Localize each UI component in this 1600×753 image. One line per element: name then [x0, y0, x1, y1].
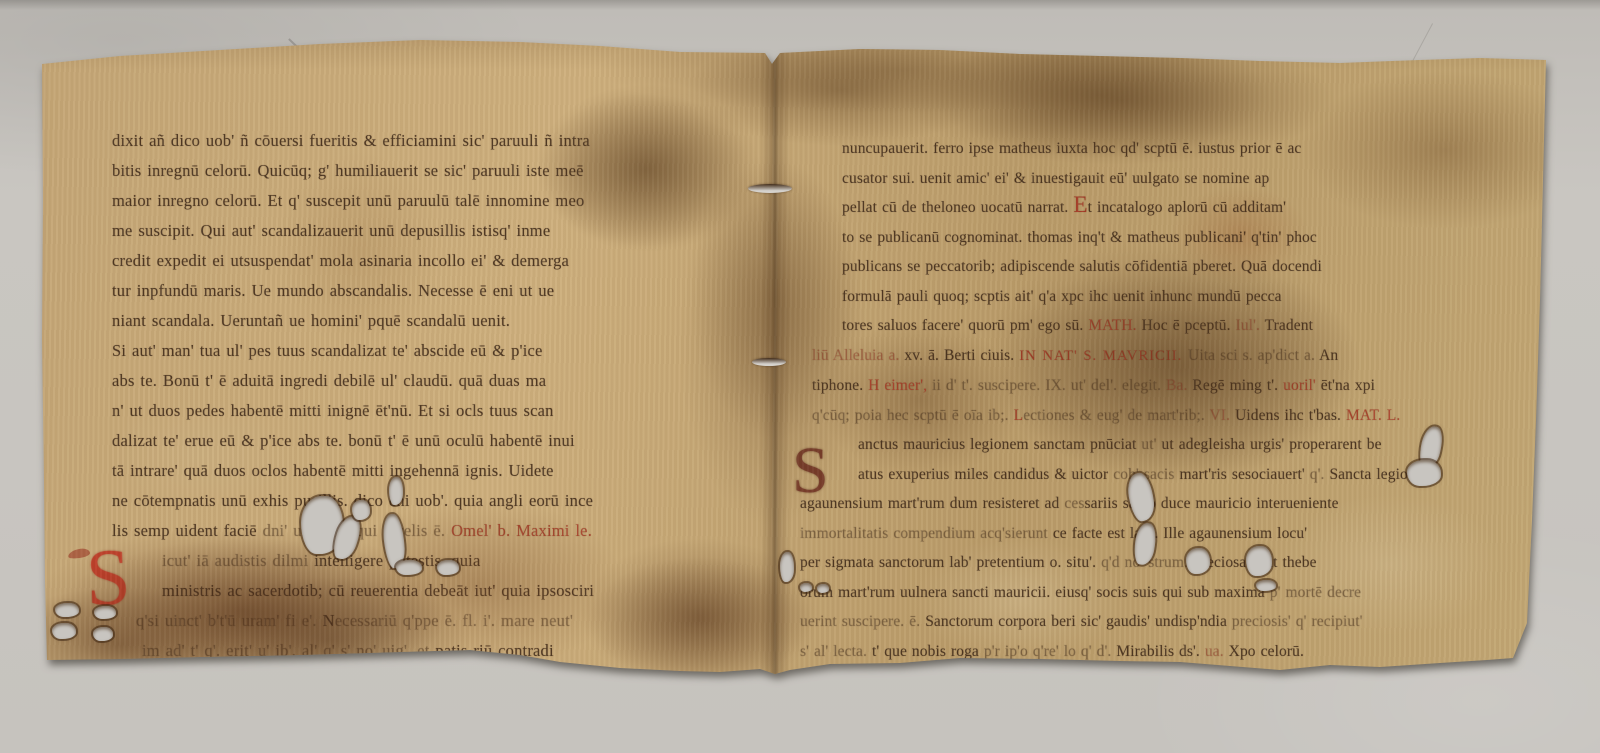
text-segment: icut' iā audistis dilmi [162, 551, 314, 570]
text-segment: Iul'. [1236, 317, 1265, 334]
text-line: s' al' lecta. t' que nobis roga p'r ip'o… [800, 637, 1538, 667]
text-segment: Uidens ihc t'bas. [1235, 407, 1346, 424]
text-segment: credit expedit ei utsuspendat' mola asin… [112, 251, 569, 270]
text-segment: agaunensium mart'rum dum resisteret ad [800, 495, 1064, 512]
text-line: lis semp uident faciē dni' uri' mei' qui… [112, 516, 730, 546]
text-segment: Sancta legio [1329, 466, 1407, 483]
text-line: q'si uinct' b't'ū uram' fi e'. Necessari… [136, 606, 730, 636]
parchment-hole [800, 583, 812, 592]
text-segment: IN NAT' S. MAVRICII. [1019, 348, 1188, 364]
text-segment: An [1319, 347, 1338, 364]
text-segment: maior inregno celorū. Et q' suscepit unū… [112, 191, 584, 210]
text-line: cusator sui. uenit amic' ei' & inuestiga… [842, 164, 1538, 194]
text-line: me suscipit. Qui aut' scandalizauerit un… [112, 216, 730, 246]
text-segment: tores saluos facere' quorū pm' ego sū. [842, 317, 1088, 334]
text-segment: preciosis' q' recipiut' [1232, 613, 1363, 630]
parchment-hole [1407, 460, 1441, 486]
text-segment: uerint suscipere. ē. [800, 613, 925, 630]
text-line: publicans se peccatorib; adipiscende sal… [842, 252, 1538, 282]
text-line: q'cūq; poia hec scptū ē oīa ib;. Lection… [812, 401, 1538, 431]
text-segment: p' mortē decre [1270, 584, 1361, 601]
text-line: ne cōtempnatis unū exhis pusillis. dico … [112, 486, 730, 516]
text-segment: Ba. [1166, 377, 1192, 394]
text-segment: p'r ip'o q're' lo q' d'. [984, 643, 1116, 660]
text-line: orum mart'rum uulnera sancti mauricii. e… [800, 578, 1538, 608]
text-line: n' ut duos pedes habentē mitti inignē ēt… [112, 396, 730, 426]
sewing-hole [94, 606, 116, 619]
text-segment: tā intrare' quā duos oclos habentē mitti… [112, 461, 554, 480]
text-segment: tur inpfundū maris. Ue mundo abscandalis… [112, 281, 554, 300]
text-segment: H eimer', [868, 377, 932, 394]
sewing-hole [93, 627, 113, 641]
parchment-hole [389, 477, 403, 505]
text-segment: N [323, 611, 335, 630]
parchment-hole [352, 500, 370, 520]
text-line: agaunensium mart'rum dum resisteret ad c… [800, 489, 1538, 519]
text-line: abs te. Bonū t' ē aduitā ingredi debilē … [112, 366, 730, 396]
text-segment: abs te. Bonū t' ē aduitā ingredi debilē … [112, 371, 546, 390]
text-segment: Mirabilis ds'. [1116, 643, 1205, 660]
text-segment: Tradent [1265, 317, 1313, 334]
text-segment: n' ut duos pedes habentē mitti inignē ēt… [112, 401, 554, 420]
text-segment: pellat cū de theloneo uocatū narrat. [842, 199, 1073, 216]
text-line: Si aut' man' tua ul' pes tuus scandaliza… [112, 336, 730, 366]
text-segment: sariis sacro duce mauricio interueniente [1084, 495, 1338, 512]
text-segment: t' que nobis roga [872, 643, 984, 660]
text-segment: me suscipit. Qui aut' scandalizauerit un… [112, 221, 550, 240]
text-segment: xv. ā. Berti ciuis. [904, 347, 1019, 364]
text-segment: ii d' t'. suscipere. IX. ut' del'. elegi… [932, 377, 1166, 394]
text-segment: mart'ris sesociauert' [1179, 466, 1309, 483]
text-segment: dalizat te' erue eū & p'ice abs te. bonū… [112, 431, 575, 450]
parchment-hole [780, 552, 794, 582]
text-segment: ministris ac sacerdotib; cū reuerentia d… [162, 581, 594, 600]
text-segment: liū Alleluia a. [812, 347, 904, 364]
text-line: tur inpfundū maris. Ue mundo abscandalis… [112, 276, 730, 306]
text-line: immortalitatis compendium acq'sierunt ce… [800, 519, 1538, 549]
sewing-hole [55, 603, 79, 617]
sewing-hole [52, 623, 76, 639]
text-line: tores saluos facere' quorū pm' ego sū. M… [842, 311, 1538, 341]
text-segment: Omel' b. Maximi le. [451, 521, 592, 540]
text-segment: ut adegleisha urgis' properarent be [1162, 436, 1382, 453]
text-segment: patis riū contradi [435, 641, 553, 660]
text-segment: ēt'na xpi [1321, 377, 1375, 394]
text-segment: publicans se peccatorib; adipiscende sal… [842, 258, 1322, 275]
text-segment: to se publicanū cognominat. thomas inq't… [842, 229, 1317, 246]
text-segment: anctus mauricius legionem sanctam pnūcia… [858, 436, 1141, 453]
text-segment: MAT. L. [1346, 407, 1400, 424]
sewing-slit [752, 358, 786, 366]
text-segment: Sanctorum corpora beri sic' gaudis' undi… [925, 613, 1232, 630]
text-line: dixit añ dico uob' ñ cōuersi fueritis & … [112, 126, 730, 156]
illuminated-initial-right: S [792, 438, 829, 504]
text-line: bitis inregnū celorū. Quicūq; g' humilia… [112, 156, 730, 186]
text-segment: ut' [1141, 436, 1161, 453]
text-segment: q'. [1310, 466, 1330, 483]
text-segment: q'si uinct' b't'ū uram' fi e'. [136, 611, 323, 630]
text-segment: Xpo celorū. [1229, 643, 1304, 660]
text-line: formulā pauli quoq; scptis ait' q'a xpc … [842, 282, 1538, 312]
text-segment: s' al' lecta. [800, 643, 872, 660]
parchment-bifolium: dixit añ dico uob' ñ cōuersi fueritis & … [0, 0, 1600, 753]
text-segment: E [1073, 192, 1087, 218]
parchment-hole [817, 584, 829, 593]
parchment-hole [396, 560, 422, 575]
sewing-slit [748, 184, 792, 193]
text-line: uerint suscipere. ē. Sanctorum corpora b… [800, 607, 1538, 637]
text-segment: Hoc ē pceptū. [1142, 317, 1236, 334]
text-segment: dixit añ dico uob' ñ cōuersi fueritis & … [112, 131, 590, 150]
text-line: niant scandala. Ueruntañ ue homini' pquē… [112, 306, 730, 336]
text-line: credit expedit ei utsuspendat' mola asin… [112, 246, 730, 276]
text-line: im ad' t' q'. erit' u' ib'. al' q' s' no… [142, 636, 730, 666]
text-segment: per sigmata sanctorum lab' pretentium o.… [800, 554, 1101, 571]
right-page-text: nuncupauerit. ferro ipse matheus iuxta h… [800, 134, 1538, 666]
text-segment: tiphone. [812, 377, 868, 394]
text-line: ministris ac sacerdotib; cū reuerentia d… [162, 576, 730, 606]
parchment-hole [1186, 548, 1210, 574]
left-page-text: dixit añ dico uob' ñ cōuersi fueritis & … [112, 126, 730, 666]
text-segment: q'cūq; poia hec scptū ē oīa ib;. [812, 407, 1014, 424]
text-segment: bitis inregnū celorū. Quicūq; g' humilia… [112, 161, 584, 180]
text-segment: Regē ming t'. [1192, 377, 1283, 394]
text-segment: uoril' [1283, 377, 1321, 394]
text-line: liū Alleluia a. xv. ā. Berti ciuis. IN N… [812, 341, 1538, 372]
text-segment: atus exuperius miles candidus & uictor [858, 466, 1113, 483]
text-segment: ces [1064, 495, 1084, 512]
text-segment: Uita sci s. ap'dict a. [1188, 347, 1319, 364]
parchment-hole [437, 560, 459, 575]
text-segment: ecessariū q'ppe ē. fl. i'. mare neut' [335, 611, 573, 630]
parchment-hole [1256, 580, 1276, 591]
text-line: maior inregno celorū. Et q' suscepit unū… [112, 186, 730, 216]
manuscript-photo: dixit añ dico uob' ñ cōuersi fueritis & … [0, 0, 1600, 753]
text-segment: orum mart'rum uulnera sancti mauricii. e… [800, 584, 1270, 601]
parchment-wrap: dixit añ dico uob' ñ cōuersi fueritis & … [0, 0, 1600, 753]
text-segment: immortalitatis compendium acq'sierunt [800, 525, 1053, 542]
text-line: nuncupauerit. ferro ipse matheus iuxta h… [842, 134, 1538, 164]
text-line: to se publicanū cognominat. thomas inq't… [842, 223, 1538, 253]
text-segment: L [1014, 407, 1024, 424]
text-segment: cusator sui. uenit amic' ei' & inuestiga… [842, 170, 1269, 187]
text-line: tā intrare' quā duos oclos habentē mitti… [112, 456, 730, 486]
text-segment: lis semp uident faciē [112, 521, 263, 540]
text-segment: t incatalogo aplorū cū additam' [1088, 199, 1286, 216]
text-line: dalizat te' erue eū & p'ice abs te. bonū… [112, 426, 730, 456]
text-segment: nuncupauerit. ferro ipse matheus iuxta h… [842, 140, 1301, 157]
text-segment: ectiones & eug' de mart'rib;. [1023, 407, 1209, 424]
text-segment: VI. [1210, 407, 1236, 424]
text-segment: niant scandala. Ueruntañ ue homini' pquē… [112, 311, 510, 330]
text-segment: formulā pauli quoq; scptis ait' q'a xpc … [842, 288, 1282, 305]
text-line: per sigmata sanctorum lab' pretentium o.… [800, 548, 1538, 578]
text-segment: MATH. [1088, 317, 1141, 334]
text-segment: ce facte est lacs. Ille agaunensium locu… [1053, 525, 1307, 542]
text-segment: ua. [1205, 643, 1229, 660]
text-segment: im ad' t' q'. erit' u' ib'. al' q' s' no… [142, 641, 435, 660]
text-line: tiphone. H eimer', ii d' t'. suscipere. … [812, 371, 1538, 401]
text-line: pellat cū de theloneo uocatū narrat. Et … [842, 193, 1538, 223]
parchment-hole [1246, 546, 1272, 576]
text-segment: Si aut' man' tua ul' pes tuus scandaliza… [112, 341, 543, 360]
